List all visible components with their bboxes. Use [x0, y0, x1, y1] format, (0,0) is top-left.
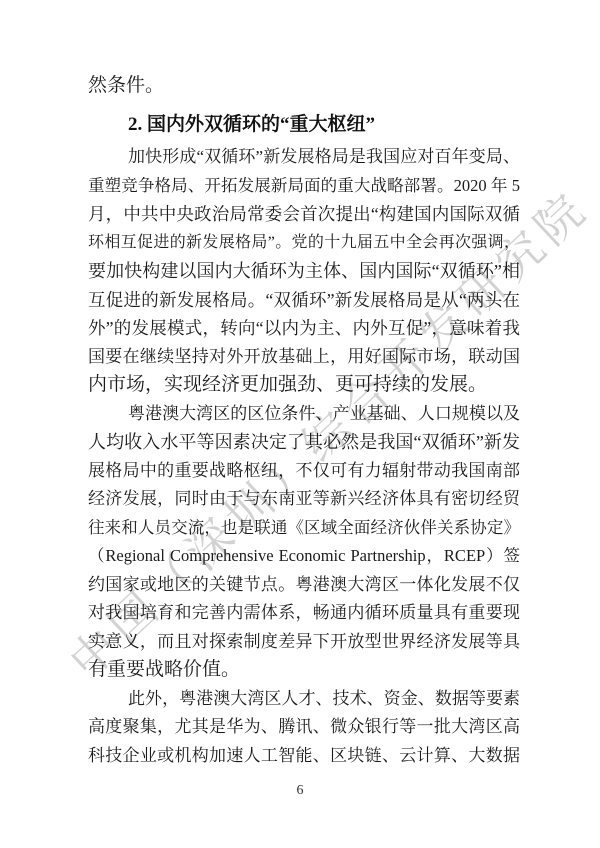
text-line: 有重要战略价值。: [88, 656, 520, 685]
text-line: 要加快构建以国内大循环为主体、国内国际“双循环”相: [88, 257, 520, 286]
text-line: 科技企业或机构加速人工智能、区块链、云计算、大数据: [88, 742, 520, 771]
text-line: 内市场，实现经济更加强劲、更可持续的发展。: [88, 371, 520, 400]
document-page: 中国（深圳）综合开发研究院 然条件。 2. 国内外双循环的“重大枢纽” 加快形成…: [0, 0, 600, 848]
text-line: 重塑竞争格局、开拓发展新局面的重大战略部署。2020 年 5: [88, 172, 520, 201]
text-line: 往来和人员交流，也是联通《区域全面经济伙伴关系协定》: [88, 514, 520, 543]
page-number: 6: [0, 783, 600, 799]
text-line: 实意义，而且对探索制度差异下开放型世界经济发展等具: [88, 628, 520, 657]
text-line: （Regional Comprehensive Economic Partner…: [88, 542, 520, 571]
text-line: 经济发展，同时由于与东南亚等新兴经济体具有密切经贸: [88, 485, 520, 514]
text-line: 环相互促进的新发展格局”。党的十九届五中全会再次强调，: [88, 229, 520, 258]
section-heading: 2. 国内外双循环的“重大枢纽”: [88, 111, 520, 140]
intro-paragraph: 然条件。: [88, 72, 520, 101]
text-line: 展格局中的重要战略枢纽，不仅可有力辐射带动我国南部: [88, 457, 520, 486]
text-line: 高度聚集，尤其是华为、腾讯、微众银行等一批大湾区高: [88, 713, 520, 742]
page-content: 然条件。 2. 国内外双循环的“重大枢纽” 加快形成“双循环”新发展格局是我国应…: [88, 72, 520, 770]
text-line: 约国家或地区的关键节点。粤港澳大湾区一体化发展不仅: [88, 571, 520, 600]
text-line: 此外，粤港澳大湾区人才、技术、资金、数据等要素: [88, 685, 520, 714]
text-line: 月，中共中央政治局常委会首次提出“构建国内国际双循: [88, 200, 520, 229]
text-line: 国要在继续坚持对外开放基础上，用好国际市场，联动国: [88, 343, 520, 372]
text-line: 互促进的新发展格局。“双循环”新发展格局是从“两头在: [88, 286, 520, 315]
text-line: 对我国培育和完善内需体系，畅通内循环质量具有重要现: [88, 599, 520, 628]
text-line: 粤港澳大湾区的区位条件、产业基础、人口规模以及: [88, 400, 520, 429]
text-line: 人均收入水平等因素决定了其必然是我国“双循环”新发: [88, 428, 520, 457]
text-line: 外”的发展模式，转向“以内为主、内外互促”，意味着我: [88, 314, 520, 343]
body-paragraphs: 加快形成“双循环”新发展格局是我国应对百年变局、重塑竞争格局、开拓发展新局面的重…: [88, 143, 520, 770]
text-line: 加快形成“双循环”新发展格局是我国应对百年变局、: [88, 143, 520, 172]
text-line: 然条件。: [88, 72, 520, 101]
